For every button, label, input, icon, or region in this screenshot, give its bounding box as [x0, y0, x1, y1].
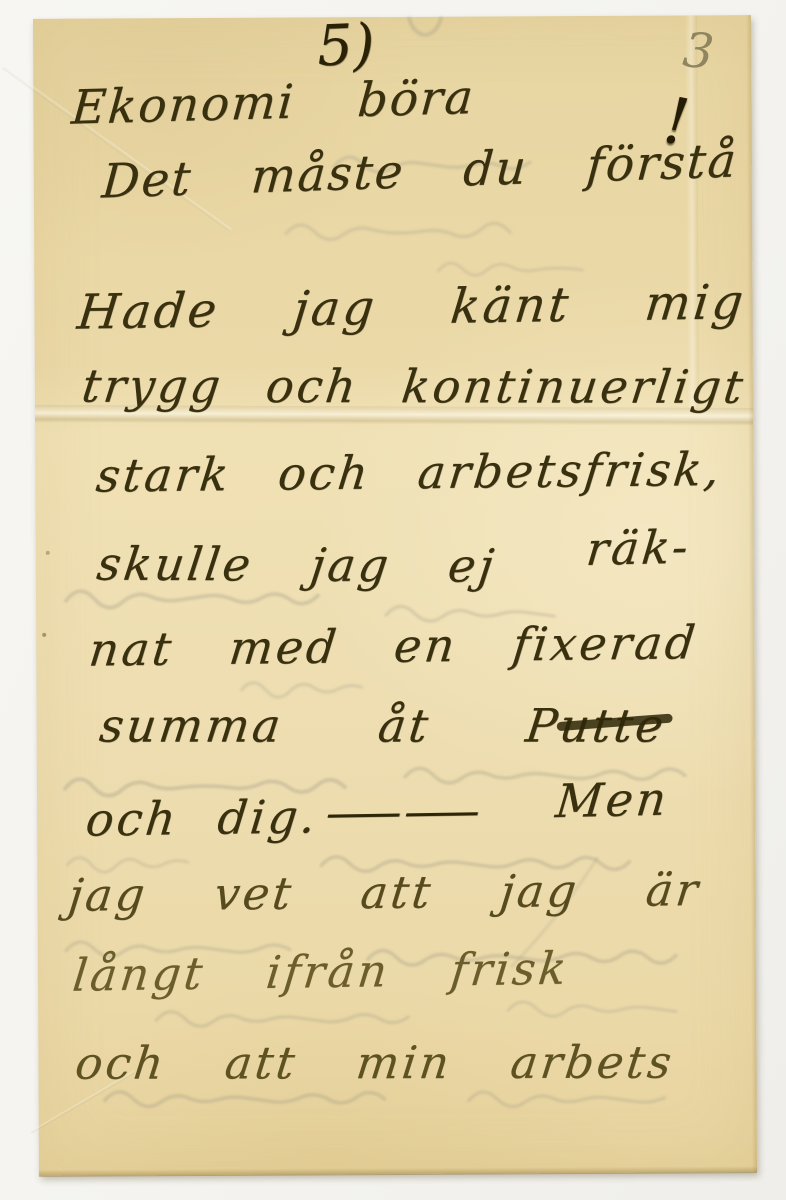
bleedthrough-stroke — [105, 1091, 385, 1107]
paper-speck — [46, 551, 50, 555]
em-dash-stroke: —— — [323, 783, 481, 839]
handwritten-line-6: skulle jag ej — [94, 537, 500, 593]
page-marker-ink: 5) — [316, 12, 376, 79]
handwritten-line-9: och dig. — [83, 789, 321, 846]
letter-page: 5) 3 Ekonomi böra ! Det måste du förstå … — [33, 15, 757, 1176]
bleedthrough-stroke — [66, 590, 318, 608]
handwritten-line-12: och att min arbets — [73, 1036, 678, 1090]
handwritten-line-7: nat med en fixerad — [86, 615, 700, 677]
handwritten-line-3: Hade jag känt mig — [75, 274, 749, 341]
paper-speck — [109, 466, 113, 470]
bleedthrough-stroke — [408, 15, 442, 35]
handwritten-line-9-continued: Men — [553, 771, 671, 828]
handwritten-line-5: stark och arbetsfrisk, — [94, 442, 726, 503]
page-number-pencil: 3 — [680, 22, 716, 81]
bleedthrough-stroke — [438, 262, 582, 275]
handwritten-line-11: långt ifrån frisk — [70, 942, 572, 1002]
handwritten-line-4: trygg och kontinuerligt — [79, 359, 749, 414]
bleedthrough-stroke — [241, 682, 361, 697]
bleedthrough-stroke — [286, 223, 510, 239]
bleedthrough-stroke — [156, 1010, 408, 1026]
bleedthrough-stroke — [469, 1091, 665, 1107]
bleedthrough-stroke — [508, 1001, 676, 1017]
handwritten-line-6-hyphenated: räk- — [584, 520, 693, 576]
handwritten-line-10: jag vet att jag är — [66, 863, 704, 922]
paper-speck — [42, 633, 46, 637]
handwritten-line-1: Ekonomi böra — [70, 70, 477, 136]
scanned-letter-photo: 5) 3 Ekonomi böra ! Det måste du förstå … — [0, 0, 786, 1200]
